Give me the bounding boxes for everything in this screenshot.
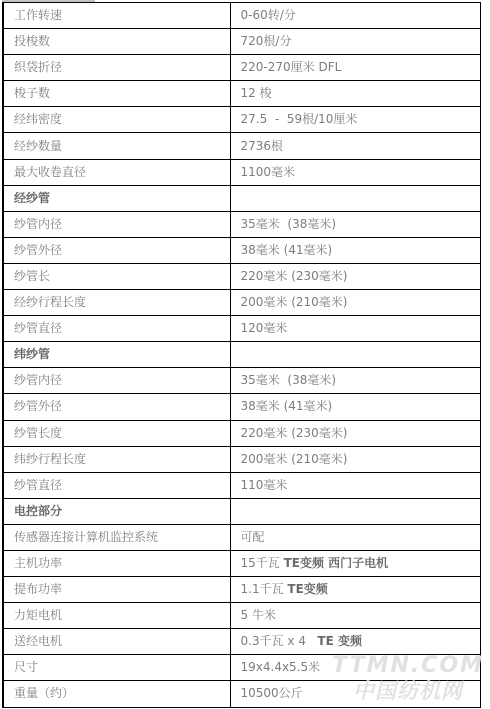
spec-value-text: 1.1千瓦: [241, 582, 288, 596]
spec-value-text: 10500公斤: [241, 686, 303, 700]
spec-label-cell: 纬纱行程长度: [3, 446, 230, 472]
spec-value-cell: 12 梭: [230, 81, 481, 107]
spec-value-cell: 200毫米 (210毫米): [230, 446, 481, 472]
spec-label-cell: 纱管长: [3, 263, 230, 289]
spec-value-cell: 0.3千瓦 x 4 TE 变频: [230, 629, 481, 655]
spec-label-cell: 主机功率: [3, 550, 230, 576]
spec-value-text: 可配: [241, 530, 265, 544]
spec-value-text: 19x4.4x5.5米: [241, 660, 321, 674]
spec-value-cell: 35毫米 (38毫米): [230, 368, 481, 394]
spec-value-bold-text: TE变频 西门子电机: [284, 556, 389, 570]
spec-value-cell: 220毫米 (230毫米): [230, 263, 481, 289]
spec-label-cell: 纱管直径: [3, 472, 230, 498]
spec-value-cell: 10500公斤: [230, 681, 481, 707]
spec-value-cell: 38毫米 (41毫米): [230, 394, 481, 420]
spec-value-cell: 110毫米: [230, 472, 481, 498]
spec-value-cell: 15千瓦 TE变频 西门子电机: [230, 550, 481, 576]
table-row: 力矩电机5 牛米: [3, 603, 481, 629]
spec-label-cell: 纱管外径: [3, 394, 230, 420]
spec-value-cell: 可配: [230, 524, 481, 550]
table-row: 纬纱行程长度200毫米 (210毫米): [3, 446, 481, 472]
spec-value-text: 5 牛米: [241, 608, 276, 622]
spec-label-cell: 传感器连接计算机监控系统: [3, 524, 230, 550]
table-row: 纱管内径35毫米 (38毫米): [3, 211, 481, 237]
spec-label-cell: 经纱数量: [3, 133, 230, 159]
spec-value-cell: 35毫米 (38毫米): [230, 211, 481, 237]
spec-value-text: 38毫米 (41毫米): [241, 243, 333, 257]
spec-value-cell: 27.5 - 59根/10厘米: [230, 107, 481, 133]
spec-label-cell: 经纬密度: [3, 107, 230, 133]
table-row: 纱管内径35毫米 (38毫米): [3, 368, 481, 394]
table-row: 传感器连接计算机监控系统可配: [3, 524, 481, 550]
spec-value-cell: 720根/分: [230, 29, 481, 55]
spec-value-text: 0-60转/分: [241, 8, 296, 22]
spec-value-text: 200毫米 (210毫米): [241, 295, 348, 309]
table-row: 经纱行程长度200毫米 (210毫米): [3, 290, 481, 316]
spec-value-text: 120毫米: [241, 321, 288, 335]
table-row: 提布功率1.1千瓦 TE变频: [3, 577, 481, 603]
table-row: 纱管长220毫米 (230毫米): [3, 263, 481, 289]
spec-value-text: 2736根: [241, 139, 284, 153]
spec-value-text: 720根/分: [241, 34, 292, 48]
spec-value-cell: 0-60转/分: [230, 3, 481, 29]
table-row: 重量（约）10500公斤: [3, 681, 481, 707]
spec-value-cell: [230, 498, 481, 524]
section-header-cell: 经纱管: [3, 185, 230, 211]
table-row: 主机功率15千瓦 TE变频 西门子电机: [3, 550, 481, 576]
spec-value-text: 1100毫米: [241, 165, 296, 179]
spec-value-bold-text: TE变频: [287, 582, 327, 596]
spec-value-cell: 1.1千瓦 TE变频: [230, 577, 481, 603]
spec-label-cell: 经纱行程长度: [3, 290, 230, 316]
spec-value-text: 35毫米 (38毫米): [241, 373, 337, 387]
spec-value-text: 35毫米 (38毫米): [241, 217, 337, 231]
section-header-cell: 纬纱管: [3, 342, 230, 368]
spec-label-cell: 力矩电机: [3, 603, 230, 629]
spec-value-text: 220毫米 (230毫米): [241, 426, 348, 440]
spec-label-cell: 纱管外径: [3, 237, 230, 263]
spec-value-cell: 200毫米 (210毫米): [230, 290, 481, 316]
spec-value-cell: 1100毫米: [230, 159, 481, 185]
spec-label-cell: 尺寸: [3, 655, 230, 681]
spec-label-cell: 纱管内径: [3, 368, 230, 394]
table-row: 纱管直径120毫米: [3, 316, 481, 342]
table-row: 工作转速0-60转/分: [3, 3, 481, 29]
spec-value-cell: 220毫米 (230毫米): [230, 420, 481, 446]
spec-value-text: 12 梭: [241, 86, 272, 100]
spec-label-cell: 重量（约）: [3, 681, 230, 707]
spec-value-cell: 19x4.4x5.5米: [230, 655, 481, 681]
spec-value-cell: 38毫米 (41毫米): [230, 237, 481, 263]
spec-label-cell: 最大收卷直径: [3, 159, 230, 185]
section-header-cell: 电控部分: [3, 498, 230, 524]
spec-value-text: 220毫米 (230毫米): [241, 269, 348, 283]
spec-value-cell: 120毫米: [230, 316, 481, 342]
spec-label-cell: 纱管内径: [3, 211, 230, 237]
table-row: 经纱数量2736根: [3, 133, 481, 159]
spec-label-cell: 送经电机: [3, 629, 230, 655]
table-row: 纱管外径38毫米 (41毫米): [3, 394, 481, 420]
spec-label-cell: 织袋折径: [3, 55, 230, 81]
spec-value-text: 15千瓦: [241, 556, 284, 570]
spec-label-cell: 投梭数: [3, 29, 230, 55]
spec-table-body: 工作转速0-60转/分投梭数720根/分织袋折径220-270厘米 DFL梭子数…: [3, 3, 481, 708]
spec-label-cell: 纱管长度: [3, 420, 230, 446]
spec-label-cell: 提布功率: [3, 577, 230, 603]
table-row: 经纱管: [3, 185, 481, 211]
spec-value-cell: 5 牛米: [230, 603, 481, 629]
spec-label-cell: 纱管直径: [3, 316, 230, 342]
table-row: 纬纱管: [3, 342, 481, 368]
spec-value-bold-text: TE 变频: [317, 634, 362, 648]
spec-value-text: 38毫米 (41毫米): [241, 399, 333, 413]
table-row: 经纬密度27.5 - 59根/10厘米: [3, 107, 481, 133]
spec-value-text: 110毫米: [241, 478, 288, 492]
table-row: 纱管长度220毫米 (230毫米): [3, 420, 481, 446]
table-row: 投梭数720根/分: [3, 29, 481, 55]
table-row: 纱管外径38毫米 (41毫米): [3, 237, 481, 263]
table-row: 梭子数12 梭: [3, 81, 481, 107]
spec-value-cell: [230, 185, 481, 211]
table-row: 织袋折径220-270厘米 DFL: [3, 55, 481, 81]
spec-label-cell: 梭子数: [3, 81, 230, 107]
spec-value-text: 200毫米 (210毫米): [241, 452, 348, 466]
spec-label-cell: 工作转速: [3, 3, 230, 29]
spec-value-cell: 220-270厘米 DFL: [230, 55, 481, 81]
table-row: 最大收卷直径1100毫米: [3, 159, 481, 185]
spec-value-text: 0.3千瓦 x 4: [241, 634, 318, 648]
table-row: 电控部分: [3, 498, 481, 524]
table-row: 纱管直径110毫米: [3, 472, 481, 498]
spec-value-text: 27.5 - 59根/10厘米: [241, 112, 358, 126]
table-row: 尺寸19x4.4x5.5米: [3, 655, 481, 681]
spec-table: 工作转速0-60转/分投梭数720根/分织袋折径220-270厘米 DFL梭子数…: [2, 2, 481, 708]
table-row: 送经电机0.3千瓦 x 4 TE 变频: [3, 629, 481, 655]
spec-value-text: 220-270厘米 DFL: [241, 60, 342, 74]
spec-value-cell: [230, 342, 481, 368]
spec-value-cell: 2736根: [230, 133, 481, 159]
